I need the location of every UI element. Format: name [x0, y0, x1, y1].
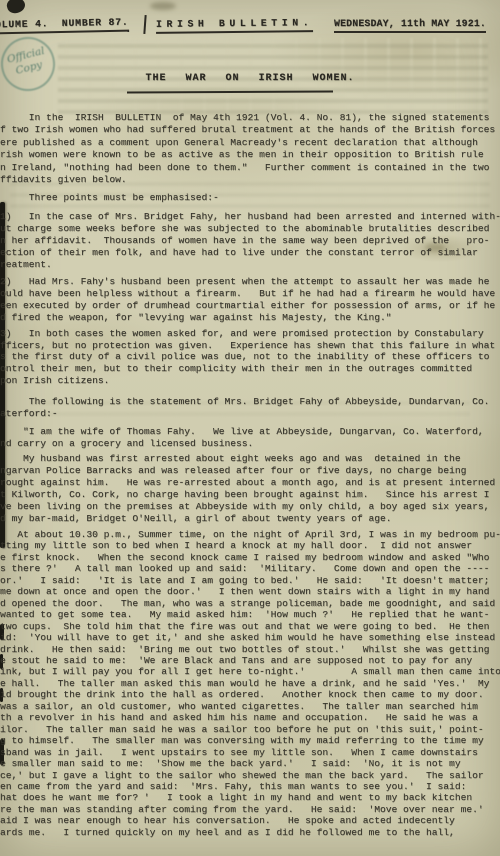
- typed-text-line: ce,' but I gave a light to the sailor wh…: [0, 770, 500, 781]
- typed-text-line: rought against him. He was re-arrested a…: [0, 477, 500, 489]
- typed-text-line: 2) Had Mrs. Fahy's husband been present …: [0, 276, 500, 288]
- typed-text-line: In the IRISH BULLETIN of May 4th 1921 (V…: [0, 112, 500, 124]
- emphasis-lead-line: Three points must be emphasised:-: [0, 192, 500, 204]
- statement-intro: The following is the statement of Mrs. B…: [0, 396, 500, 419]
- typed-text-line: The following is the statement of Mrs. B…: [0, 396, 500, 408]
- typed-text-line: two cups. She told him that the fire was…: [0, 621, 500, 632]
- typed-text-line: ve been living on the premises at Abbeys…: [0, 501, 500, 513]
- typed-text-line: s the first duty of a civil police was d…: [0, 351, 500, 363]
- typed-text-line: At about 10.30 p.m., Summer time, on the…: [0, 529, 500, 540]
- typed-text-line: tting my little son to bed when I heard …: [0, 540, 500, 551]
- typed-text-line: id brought the drink into the hall as or…: [0, 689, 500, 700]
- typed-text-line: e hall. The taller man asked this man wo…: [0, 678, 500, 689]
- typed-text-line: me down at once and open the door.' I th…: [0, 586, 500, 597]
- typed-text-line: ilor. The taller man said he was a sailo…: [0, 724, 500, 735]
- volume-number: OLUME 4. NUMBER 87.: [0, 17, 129, 35]
- scanned-bulletin-page: Official Copy OLUME 4. NUMBER 87. IRISH …: [0, 0, 500, 856]
- statement-paragraph-1: "I am the wife of Thomas Fahy. We live a…: [0, 426, 500, 450]
- typed-text-line: ontrol their men, but to their complicit…: [0, 363, 500, 375]
- typed-text-line: drink. He then said: 'Bring me out two b…: [0, 644, 500, 655]
- scan-artifact-blob: [5, 0, 26, 15]
- numbered-point-3: 3) In both cases the women asked for, an…: [0, 328, 500, 387]
- issue-date: WEDNESDAY, 11th MAY 1921.: [334, 18, 486, 33]
- typed-text-line: th a revolver in his hand and asked him …: [0, 712, 500, 723]
- typed-text-line: s there ?' A tall man looked up and said…: [0, 563, 500, 574]
- official-copy-stamp: Official Copy: [0, 31, 61, 96]
- typed-text-line: en came from the yard and said: 'Mrs. Fa…: [0, 781, 500, 792]
- typed-text-line: e first knock. When the second knock cam…: [0, 552, 500, 563]
- typed-text-line: ards me. I turned quickly on my heel and…: [0, 827, 500, 838]
- intro-paragraph: In the IRISH BULLETIN of May 4th 1921 (V…: [0, 112, 500, 186]
- typed-text-line: d fired the weapon, for "levying war aga…: [0, 312, 500, 324]
- typed-text-line: id: 'You will have to get it,' and she a…: [0, 632, 500, 643]
- typed-text-line: nd carry on a grocery and licensed busin…: [0, 438, 500, 450]
- statement-paragraph-2: My husband was first arrested about eigh…: [0, 453, 500, 524]
- typed-text-line: fficers, but no protection was given. Ex…: [0, 340, 500, 352]
- typed-text-line: pon Irish citizens.: [0, 375, 500, 387]
- typed-text-line: sband was in jail. I went upstairs to se…: [0, 747, 500, 758]
- article-title: THE WAR ON IRISH WOMEN.: [0, 73, 500, 84]
- typed-text-line: g to himself. The smaller man was conver…: [0, 735, 500, 746]
- title-underline: [127, 90, 333, 93]
- typed-text-line: "I am the wife of Thomas Fahy. We live a…: [0, 426, 500, 438]
- typed-text-line: t Kilworth, Co. Cork, no charge having b…: [0, 489, 500, 501]
- typed-text-line: d opened the door. The man, who was a st…: [0, 598, 500, 609]
- typed-text-line: wanted to get some tea. My maid asked hi…: [0, 609, 500, 620]
- pen-mark: [143, 15, 146, 34]
- typed-text-line: ink, but I will pay you for all I get he…: [0, 666, 500, 677]
- typed-text-line: e smaller man said to me: 'Show me the b…: [0, 758, 500, 769]
- typed-text-line: d my bar-maid, Bridget O'Neill, a girl o…: [0, 513, 500, 525]
- paper-stain: [150, 2, 176, 10]
- typed-text-line: ngarvan Police Barracks and was released…: [0, 465, 500, 477]
- typed-text-line: ffidavits given below.: [0, 174, 500, 186]
- typed-text-line: n her affidavit. Thousands of women have…: [0, 235, 500, 247]
- typed-text-line: e stout he said to me: 'We are Black and…: [0, 655, 500, 666]
- typed-text-line: reatment.: [0, 259, 500, 271]
- numbered-point-1: 1) In the case of Mrs. Bridget Fahy, her…: [0, 211, 500, 271]
- numbered-point-2: 2) Had Mrs. Fahy's husband been present …: [0, 276, 500, 324]
- typed-text-line: f two Irish women who had suffered bruta…: [0, 124, 500, 136]
- typed-text-line: aid I was near enough to hear his conver…: [0, 815, 500, 826]
- typed-text-line: 3) In both cases the women asked for, an…: [0, 328, 500, 340]
- statement-paragraph-3: At about 10.30 p.m., Summer time, on the…: [0, 529, 500, 838]
- typed-text-line: rish women were known to be as active as…: [0, 149, 500, 161]
- typed-text-line: een executed by order of drumhead courtm…: [0, 300, 500, 312]
- typed-text-line: was a sailor, an old customer, who wante…: [0, 701, 500, 712]
- typed-text-line: n Ireland, "nothing had been done to the…: [0, 162, 500, 174]
- typed-text-line: or.' I said: 'It is late and I am going …: [0, 575, 500, 586]
- typed-text-line: ould have been helpless without a firear…: [0, 288, 500, 300]
- typed-text-line: ut charge some weeks before she was subj…: [0, 223, 500, 235]
- typed-text-line: My husband was first arrested about eigh…: [0, 453, 500, 465]
- typed-text-line: hat does he want me for? ' I took a ligh…: [0, 792, 500, 803]
- typed-text-line: 1) In the case of Mrs. Bridget Fahy, her…: [0, 211, 500, 223]
- typed-text-line: ere published as a comment upon General …: [0, 137, 500, 149]
- typed-text-line: aterford:-: [0, 408, 500, 420]
- masthead-title: IRISH BULLETIN.: [156, 17, 313, 34]
- typed-text-line: re the man was standing after coming fro…: [0, 804, 500, 815]
- typed-text-line: ection of their men folk, and have had t…: [0, 247, 500, 259]
- typed-text-line: Three points must be emphasised:-: [0, 192, 500, 204]
